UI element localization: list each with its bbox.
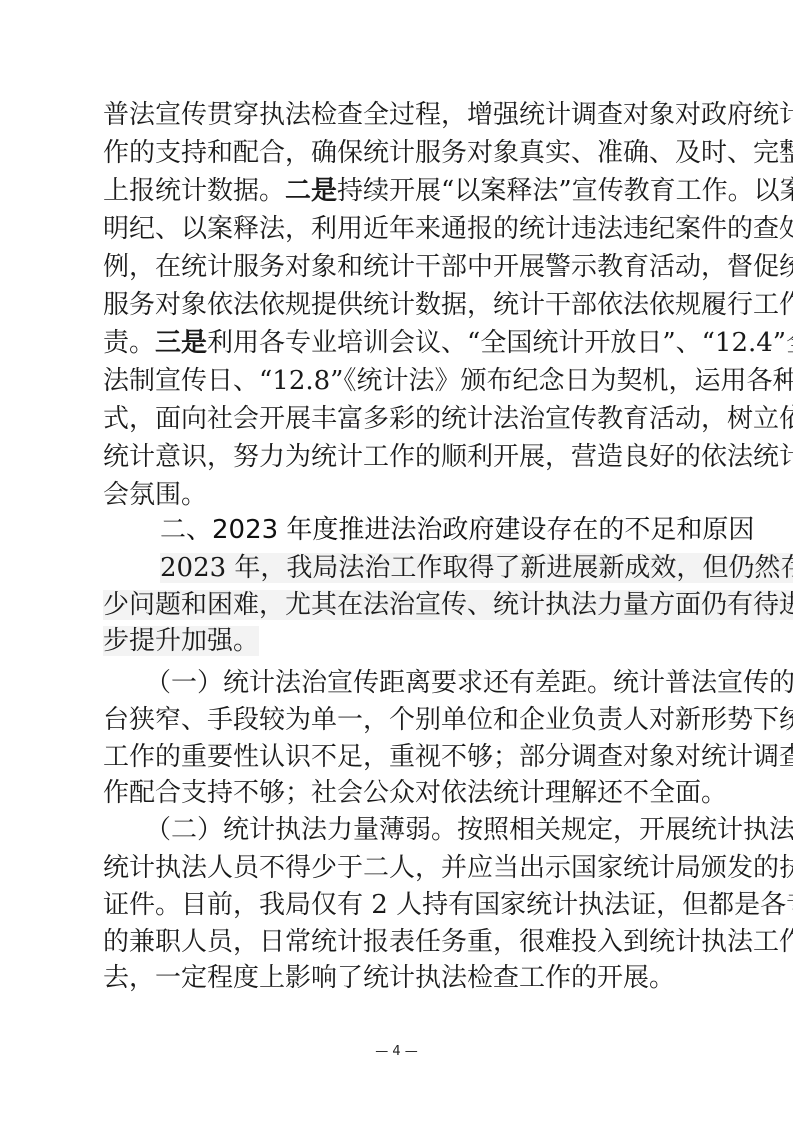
text-line: 统计意识，努力为统计工作的顺利开展，营造良好的依法统计社 <box>103 442 697 472</box>
text-line: 的兼职人员，日常统计报表任务重，很难投入到统计执法工作中 <box>103 927 697 957</box>
text-line: 明纪、以案释法，利用近年来通报的统计违法违纪案件的查处案 <box>103 214 697 244</box>
text-line: 2023 年，我局法治工作取得了新进展新成效，但仍然存在不 <box>160 553 697 583</box>
text-line: 去，一定程度上影响了统计执法检查工作的开展。 <box>103 963 697 993</box>
text-span: 责。 <box>103 328 155 358</box>
text-line: 作配合支持不够；社会公众对依法统计理解还不全面。 <box>103 778 697 808</box>
highlighted-text: 2023 年，我局法治工作取得了新进展新成效，但仍然存在不 <box>160 553 793 583</box>
section-heading: 二、2023 年度推进法治政府建设存在的不足和原因 <box>160 514 754 546</box>
text-line: 上报统计数据。二是持续开展“以案释法”宣传教育工作。以案 <box>103 176 697 206</box>
highlighted-text: 少问题和困难，尤其在法治宣传、统计执法力量方面仍有待进一 <box>103 590 793 620</box>
text-span: 持续开展“以案释法”宣传教育工作。以案 <box>337 176 793 206</box>
text-line: 作的支持和配合，确保统计服务对象真实、准确、及时、完整的 <box>103 138 697 168</box>
page-number: — 4 — <box>0 1043 793 1061</box>
text-line: 会氛围。 <box>103 480 697 510</box>
text-line: 例，在统计服务对象和统计干部中开展警示教育活动，督促统计 <box>103 252 697 282</box>
text-span: 利用各专业培训会议、“全国统计开放日”、“12.4”全国 <box>207 328 793 358</box>
text-line: 工作的重要性认识不足，重视不够；部分调查对象对统计调查工 <box>103 742 697 772</box>
text-line: 少问题和困难，尤其在法治宣传、统计执法力量方面仍有待进一 <box>103 590 697 620</box>
text-line: 法制宣传日、“12.8”《统计法》颁布纪念日为契机，运用各种方 <box>103 366 697 396</box>
text-line: 服务对象依法依规提供统计数据，统计干部依法依规履行工作职 <box>103 290 697 320</box>
bold-marker-second: 二是 <box>285 176 337 206</box>
text-line: 台狭窄、手段较为单一，个别单位和企业负责人对新形势下统计 <box>103 705 697 735</box>
text-line: 普法宣传贯穿执法检查全过程，增强统计调查对象对政府统计工 <box>103 100 697 130</box>
text-line: 统计执法人员不得少于二人，并应当出示国家统计局颁发的执法 <box>103 853 697 883</box>
document-page: 普法宣传贯穿执法检查全过程，增强统计调查对象对政府统计工 作的支持和配合，确保统… <box>0 0 793 1122</box>
text-span: 上报统计数据。 <box>103 176 285 206</box>
text-line: 责。三是利用各专业培训会议、“全国统计开放日”、“12.4”全国 <box>103 328 697 358</box>
text-line: （一）统计法治宣传距离要求还有差距。统计普法宣传的平 <box>145 668 697 698</box>
bold-marker-third: 三是 <box>155 328 207 358</box>
text-line: （二）统计执法力量薄弱。按照相关规定，开展统计执法时， <box>145 815 697 845</box>
text-line: 步提升加强。 <box>103 626 697 656</box>
text-line: 式，面向社会开展丰富多彩的统计法治宣传教育活动，树立依法 <box>103 404 697 434</box>
text-line: 证件。目前，我局仅有 2 人持有国家统计执法证，但都是各专业 <box>103 890 697 920</box>
highlighted-text: 步提升加强。 <box>103 626 259 656</box>
